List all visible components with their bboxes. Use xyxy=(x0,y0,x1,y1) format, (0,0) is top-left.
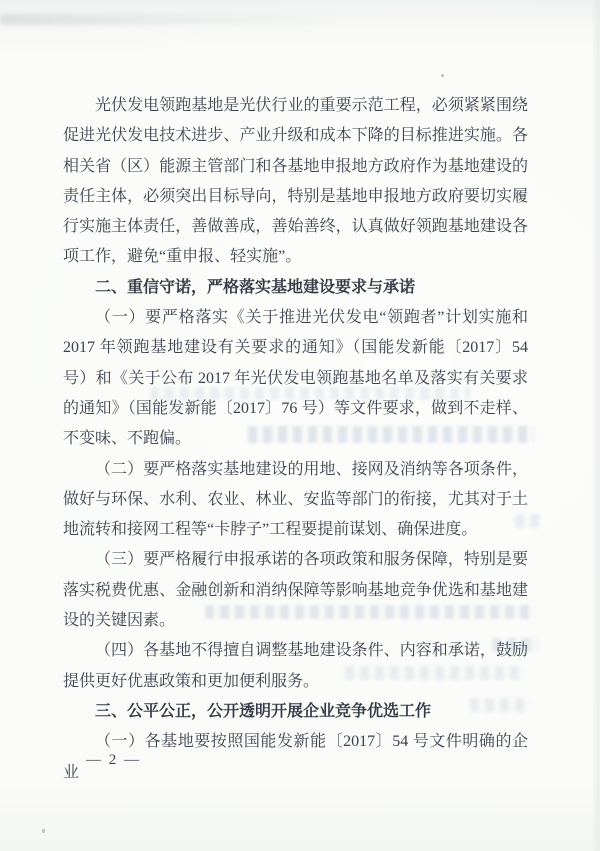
scan-speck xyxy=(42,829,45,833)
scan-streak-artifact xyxy=(0,14,370,25)
scanned-document-page: 光伏发电领跑基地是光伏行业的重要示范工程，必须紧紧围绕促进光伏发电技术进步、产业… xyxy=(0,0,600,851)
paragraph-intro: 光伏发电领跑基地是光伏行业的重要示范工程，必须紧紧围绕促进光伏发电技术进步、产业… xyxy=(63,91,528,273)
section-2-item-2: （二）要严格落实基地建设的用地、接网及消纳等各项条件，做好与环保、水利、农业、林… xyxy=(63,455,528,546)
section-2-item-3: （三）要严格履行申报承诺的各项政策和服务保障，特别是要落实税费优惠、金融创新和消… xyxy=(63,545,528,636)
document-body: 光伏发电领跑基地是光伏行业的重要示范工程，必须紧紧围绕促进光伏发电技术进步、产业… xyxy=(63,91,528,788)
scan-edge-shade xyxy=(592,0,600,851)
section-3-heading: 三、公平公正，公开透明开展企业竞争优选工作 xyxy=(63,697,528,727)
section-2-item-1: （一）要严格落实《关于推进光伏发电“领跑者”计划实施和 2017 年领跑基地建设… xyxy=(63,303,528,454)
page-number: — 2 — xyxy=(86,752,141,769)
section-2-item-4: （四）各基地不得擅自调整基地建设条件、内容和承诺，鼓励提供更好优惠政策和更加便利… xyxy=(63,636,528,697)
section-2-heading: 二、重信守诺，严格落实基地建设要求与承诺 xyxy=(63,273,528,303)
scan-speck xyxy=(441,74,444,77)
